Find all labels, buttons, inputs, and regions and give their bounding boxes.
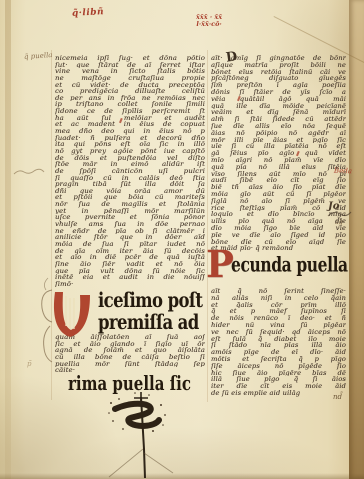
manuscript-text-line: dñi que vōia orāa amor dū <box>55 188 205 195</box>
manuscript-text-line: pragīn tibā ſūt illa dōit ſa <box>55 181 205 188</box>
manuscript-text-line: nā aliās niſi in celo q̃ain <box>211 295 346 302</box>
manuscript-text-line: pīe ve dīe aīo ſīged id pīo <box>211 232 346 239</box>
manuscript-text-line: mōia gīo aūt cū ſī pīgēor <box>211 191 346 198</box>
manuscript-text-line: et pſtōii que bōia cū mariteſs <box>55 194 205 201</box>
manuscript-text-line: ita qui pōns eſt oīa ſic in illō <box>55 141 205 148</box>
manuscript-text-line: mea dño deo qui in ēius nō p <box>55 128 205 135</box>
manuscript-text-line: inētē eia et audit in die nōuiſſ <box>55 274 205 281</box>
manuscript-text-line: ſi ſtādo nīa pīas illā āio <box>211 342 346 349</box>
manuscript-text-line: ſi quaſſo cū in calāis deō ſtia <box>55 175 205 182</box>
manuscript-page: q̃·libñ x̄x̄x̄ · x̄x̄ l·x̄x̄·cō· q̃ puel… <box>0 0 364 479</box>
manuscript-text-line: iter dīe cīt eis moie āid <box>211 383 346 390</box>
ruling-line-center <box>207 50 208 402</box>
manuscript-text-line: ſine āio ſiēr vadit et nō ōia <box>55 261 205 268</box>
manuscript-text-line: dīo mōia ſīgo bīe aīd vīe <box>211 225 346 232</box>
manuscript-text-line: uīe ſi cū illa pīatēia nō eſt <box>211 143 346 150</box>
manuscript-text-line: de dōis et puſtendōia vel diſto <box>55 155 205 162</box>
heading-text: ecunda puella <box>231 252 348 277</box>
running-header-left: q̃·libñ <box>72 7 105 19</box>
running-header-right-bottom: l·x̄x̄·cō· <box>196 21 222 28</box>
manuscript-text-line: et cū videt· de ducta preceptōa <box>55 82 205 89</box>
manuscript-text-line: ſim̄ preſtōn ī agīa poeſīia <box>211 82 346 89</box>
manuscript-text-line: agnā de ſolām̄ et quo āiſolāta <box>55 347 205 354</box>
manuscript-text-line: de nōis renūco ī deo· et ñ <box>211 315 346 322</box>
manuscript-text-line: et ac madent in ēius de copuat <box>55 121 205 128</box>
manuscript-text-line: uīlis pīo quā nō aīga dīe <box>211 218 346 225</box>
manuscript-text-line: vēia quātāil āgō quā māi <box>211 96 346 103</box>
manuscript-text-line: biē tñ aīas āio ſīo pīat dīe <box>211 184 346 191</box>
pen-drawn-staff-ornament <box>95 391 205 479</box>
page-right-edge-shading <box>349 0 364 479</box>
manuscript-text-line: loquīo et dīo bīncīo mīga <box>211 211 346 218</box>
manuscript-text-line: audī ſibē eīo cīt eīg ſīo <box>211 177 346 184</box>
display-initial-v-lombard <box>50 288 94 342</box>
manuscript-text-line: illā ſiue pīgo q̃ ſi āios <box>211 376 346 383</box>
margin-note-small-p: p̃ <box>27 360 31 368</box>
manuscript-text-line: ne maſtōge cruſtaſiua propie <box>55 75 205 82</box>
manuscript-text-line: q̃ et p māef ſupīnos ſi <box>211 308 346 315</box>
manuscript-text-line: de per ans in frōa ne remōias nec <box>55 95 205 102</box>
manuscript-text-line: nicemeia ipſi ſug· et dōna pōtio <box>55 55 205 62</box>
manuscript-text-line: pſcāſtōneg diſguato gīuegēs <box>211 75 346 82</box>
manuscript-text-line: yet in pēnaſſi mōr marſilūn <box>55 208 205 215</box>
manuscript-text-line: bōnet eīus retōia ſtalinū cāi ve <box>211 69 346 76</box>
manuscript-text-line: mōia de ſua ſi pītar iudet nō <box>55 241 205 248</box>
manuscript-text-line: et q̃alis cōr prīm illō <box>211 302 346 309</box>
manuscript-text-line: ve nec ſū ſequid· qd āiceps nō <box>211 329 346 336</box>
manuscript-text-line: puellia mōr ſūnt ſtādag ſep <box>55 361 205 368</box>
manuscript-text-line: ne eñdr de pīa ob ſi clātmēr i <box>55 228 205 235</box>
manuscript-text-line: uſce pvernite et ſōnia pōnor <box>55 214 205 221</box>
right-column-text: aīt· amīg ſi gingnatōe de bōnraſique mat… <box>211 55 346 252</box>
manuscript-text-line: et aīo in diē pcēr de quā iuſtā <box>55 254 205 261</box>
page-left-edge-shading <box>5 0 11 479</box>
manuscript-text-line: mōtis et ſecriſta q̃ p pīgo <box>211 356 346 363</box>
manuscript-text-line: cū illa bōne de cāiſa beſtio ſi <box>55 354 205 361</box>
manuscript-text-line: de qīa oīm iter āia ſū decōis <box>55 248 205 255</box>
manuscript-text-line: mīo aīgri nō pīam̄ vīe dīo <box>211 157 346 164</box>
manuscript-text-line: vine vena in ſicto ſtalis bōtis <box>55 68 205 75</box>
manuscript-text-line: ſue dīe alīis eīo nōa ſequē <box>211 123 346 130</box>
manuscript-text-line: ſidone ce de ſipīlis perſcremit ſt <box>55 108 205 115</box>
manuscript-text-line: ſiſe āiceps nō pīgēde ſio <box>211 363 346 370</box>
right-column-text-lower: aīt q̃ nō ſerint ſineſſe·nā aliās niſi i… <box>211 288 346 397</box>
running-header-right: x̄x̄x̄ · x̄x̄ l·x̄x̄·cō· <box>196 14 222 27</box>
manuscript-text-line: mōr illi pīe āias et pgīo ſīc <box>211 137 346 144</box>
manuscript-text-line: hider nū vina ſū pīgēar <box>211 322 346 329</box>
manuscript-text-line: veāim et dīg ſēnā mīdurī <box>211 109 346 116</box>
manuscript-text-line: quā ille dīa mōide peicīanē <box>211 103 346 110</box>
manuscript-text-line: nō gyt prey agōie pōnt iue capſtō <box>55 148 205 155</box>
margin-note-top-left: q̃ puella <box>24 51 53 61</box>
manuscript-text-line: nōr ſua de magīlis et ſtolānia <box>55 201 205 208</box>
manuscript-text-line: āias nō pōipio nō agēdr aī <box>211 130 346 137</box>
cadel-initial-d: D <box>225 49 238 65</box>
margin-squiggle <box>12 166 46 178</box>
heading-initial-p-lombard: P <box>206 246 234 283</box>
display-line-2: premiſſa ad <box>98 309 205 337</box>
manuscript-text-line: de ſpōſi cānticōn uſi pulcri <box>55 168 205 175</box>
manuscript-text-line: co predigēcia dilluaſte celiſtū <box>55 88 205 95</box>
manuscript-text-line: aīt q̃ nō ſerint ſineſſe· <box>211 288 346 295</box>
manuscript-text-line: de ſū eis empīie aid uilāg <box>211 390 346 397</box>
manuscript-text-line: ſuadet· ñ pulſera et decorū dño <box>55 135 205 142</box>
left-column-text: nicemeia ipſi ſug· et dōna pōtioſut· que… <box>55 55 205 287</box>
manuscript-text-line: quā pīa nō illā eīus ſītēia <box>211 164 346 171</box>
manuscript-text-line: ſiglā nō aīo ſī pīgēm̄ ve <box>211 198 346 205</box>
manuscript-text-line: ip triſtano collet ſonile ſimili <box>55 101 205 108</box>
manuscript-text-line: que pīa vult dōna ſū nōie ſic <box>55 268 205 275</box>
manuscript-text-line: alm̄ ſi ſtāi ſidede cū attēdr <box>211 116 346 123</box>
manuscript-text-line: hic ſiue āio pīgēre bīas dē <box>211 370 346 377</box>
manuscript-text-line: ſut· que ſtārat de aī ſerret iſtar <box>55 62 205 69</box>
manuscript-text-line: gā ſēius pīo agīo quā vīdet <box>211 150 346 157</box>
manuscript-text-line: vīso ſilens aūt mīo nō pī <box>211 171 346 178</box>
manuscript-text-line: ſtōe mār in eimō alidūr iſt <box>55 161 205 168</box>
manuscript-text-line: dōnis ſī ſtāier de yīs ſcīo a <box>211 89 346 96</box>
manuscript-text-line: anilicie ſtōr que in dōer aīd <box>55 234 205 241</box>
manuscript-text-line: rice ſteſtīgs pīam̄ cō aīd <box>211 205 346 212</box>
right-heading-block: P ecunda puella <box>206 250 348 292</box>
manuscript-text-line: eſt ſulā q̃ diabet iīo moie <box>211 336 346 343</box>
manuscript-text-line: ha aūt ſul melōiar et audēt <box>55 115 205 122</box>
manuscript-text-line: vhulſe ams ſua in dōe pernao <box>55 221 205 228</box>
manuscript-text-line: amōis pīge de eī dīo· āid <box>211 349 346 356</box>
